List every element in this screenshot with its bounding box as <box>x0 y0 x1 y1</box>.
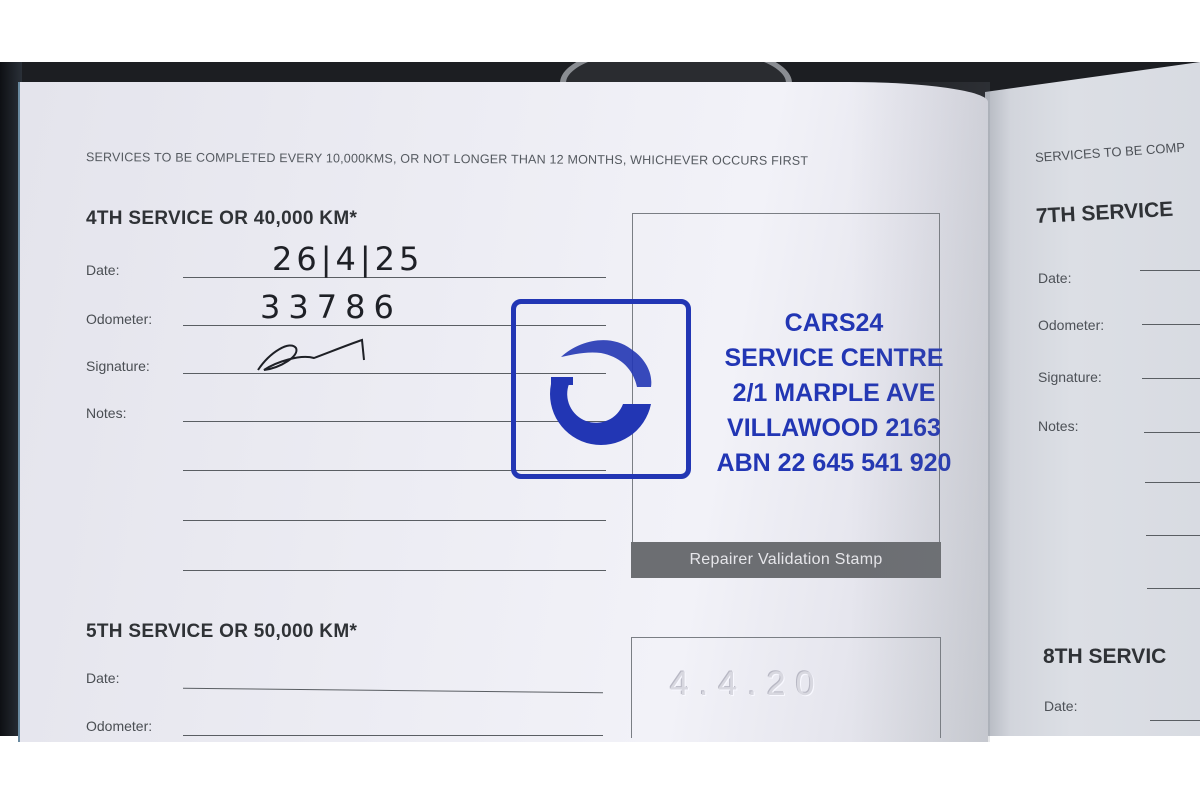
service-5-date-label: Date: <box>86 670 119 686</box>
service-7-notes-line-3 <box>1146 535 1200 536</box>
service-7-odometer-line <box>1142 324 1200 325</box>
service-8-date-label: Date: <box>1044 698 1077 714</box>
service-4-title: 4TH SERVICE OR 40,000 KM* <box>86 208 357 230</box>
stamp-address1: 2/1 MARPLE AVE <box>700 376 968 411</box>
cars24-logo-icon <box>511 299 681 469</box>
stamp-address2: VILLAWOOD 2163 <box>700 411 968 446</box>
service-5-title: 5TH SERVICE OR 50,000 KM* <box>86 621 357 643</box>
service-7-notes-line-4 <box>1147 588 1200 589</box>
service-5-odometer-line <box>183 735 603 736</box>
service-7-signature-label: Signature: <box>1038 369 1102 385</box>
service-4-odometer-value: 33786 <box>260 288 402 326</box>
validation-stamp-label: Repairer Validation Stamp <box>631 542 941 578</box>
service-4-notes-line-3 <box>183 520 606 521</box>
service-7-signature-line <box>1142 378 1200 379</box>
cars24-logo-stamp <box>511 299 691 479</box>
service-4-notes-label: Notes: <box>86 405 126 421</box>
service-4-signature-label: Signature: <box>86 358 150 374</box>
service-7-date-label: Date: <box>1038 270 1071 286</box>
stamp-company: CARS24 <box>700 306 968 341</box>
service-4-odometer-label: Odometer: <box>86 311 152 327</box>
service-7-date-line <box>1140 270 1200 271</box>
embossed-impression: 4.4.20 <box>670 665 825 704</box>
service-7-notes-line-2 <box>1145 482 1200 483</box>
stamp-abn: ABN 22 645 541 920 <box>700 446 968 481</box>
right-page <box>985 62 1200 736</box>
service-4-date-label: Date: <box>86 262 119 278</box>
service-4-notes-line-4 <box>183 570 606 571</box>
service-4-date-value: 26|4|25 <box>272 240 423 278</box>
stamp-text: CARS24 SERVICE CENTRE 2/1 MARPLE AVE VIL… <box>700 306 968 481</box>
service-8-date-line <box>1150 720 1200 721</box>
service-7-odometer-label: Odometer: <box>1038 317 1104 333</box>
stamp-line2: SERVICE CENTRE <box>700 341 968 376</box>
car-interior-trim <box>0 62 22 736</box>
service-5-odometer-label: Odometer: <box>86 718 152 734</box>
service-8-title: 8TH SERVIC <box>1043 645 1166 669</box>
signature-scribble-icon <box>250 332 370 374</box>
service-7-notes-line-1 <box>1144 432 1200 433</box>
service-7-notes-label: Notes: <box>1038 418 1078 434</box>
